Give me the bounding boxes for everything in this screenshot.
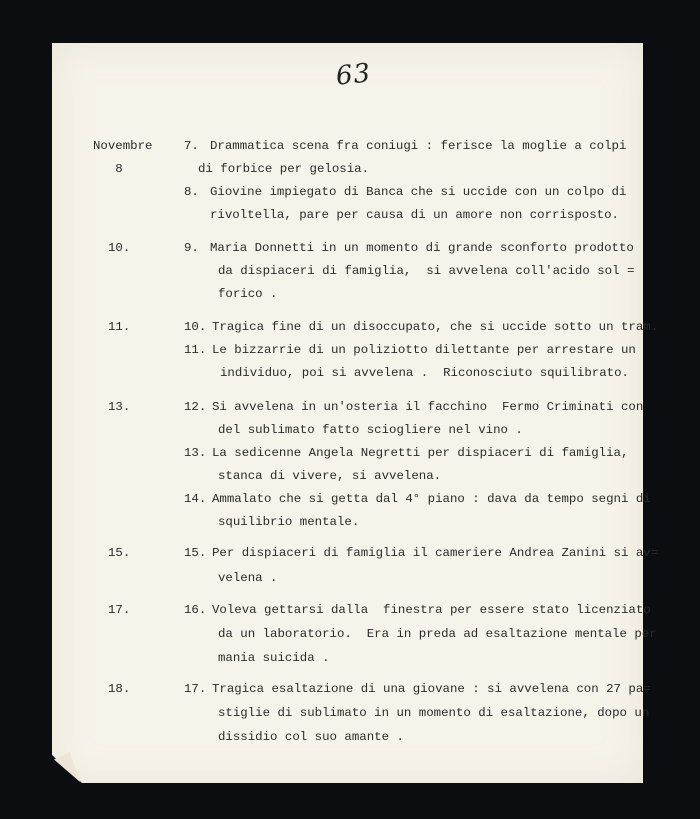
- entry-text: del sublimato fatto sciogliere nel vino …: [218, 423, 523, 437]
- entry-number: 12.: [184, 400, 206, 414]
- entry-text: rivoltella, pare per causa di un amore n…: [210, 208, 619, 222]
- entry-number: 9.: [184, 241, 199, 255]
- entry-number: 17.: [184, 682, 206, 696]
- entry-number: 15.: [184, 546, 206, 560]
- entry-number: 13.: [184, 446, 206, 460]
- date-label: 15.: [108, 546, 130, 560]
- entry-text: Maria Donnetti in un momento di grande s…: [210, 241, 634, 255]
- entry-text: di forbice per gelosia.: [198, 162, 369, 176]
- entry-text: forico .: [218, 287, 278, 301]
- entry-text: La sedicenne Angela Negretti per dispiac…: [212, 446, 628, 460]
- entry-text: Drammatica scena fra coniugi : ferisce l…: [210, 139, 626, 153]
- entry-text: Tragica esaltazione di una giovane : si …: [212, 682, 651, 696]
- entry-number: 14.: [184, 492, 206, 506]
- entry-text: mania suicida .: [218, 651, 330, 665]
- date-label: 18.: [108, 682, 130, 696]
- month-label: Novembre: [93, 139, 153, 153]
- entry-text: da dispiaceri di famiglia, si avvelena c…: [218, 264, 634, 278]
- entry-text: Le bizzarrie di un poliziotto dilettante…: [212, 343, 636, 357]
- handwritten-page-number: 63: [335, 58, 373, 92]
- date-label: 11.: [108, 320, 130, 334]
- entry-text: stanca di vivere, si avvelena.: [218, 469, 441, 483]
- date-label: 17.: [108, 603, 130, 617]
- date-label: 10.: [108, 241, 130, 255]
- entry-number: 7.: [184, 139, 199, 153]
- entry-number: 11.: [184, 343, 206, 357]
- date-label: 8: [89, 162, 149, 176]
- entry-text: Giovine impiegato di Banca che si uccide…: [210, 185, 626, 199]
- entry-number: 8.: [184, 185, 199, 199]
- entry-text: Tragica fine di un disoccupato, che si u…: [212, 320, 658, 334]
- date-label: 13.: [108, 400, 130, 414]
- entry-text: da un laboratorio. Era in preda ad esalt…: [218, 627, 657, 641]
- entry-number: 10.: [184, 320, 206, 334]
- entry-text: Ammalato che si getta dal 4° piano : dav…: [212, 492, 651, 506]
- entry-text: velena .: [218, 571, 278, 585]
- entry-text: stiglie di sublimato in un momento di es…: [218, 706, 649, 720]
- entry-text: Voleva gettarsi dalla finestra per esser…: [212, 603, 651, 617]
- entry-number: 16.: [184, 603, 206, 617]
- entry-text: dissidio col suo amante .: [218, 730, 404, 744]
- entry-text: individuo, poi si avvelena . Riconosciut…: [220, 366, 629, 380]
- entry-text: Si avvelena in un'osteria il facchino Fe…: [212, 400, 643, 414]
- entry-text: squilibrio mentale.: [218, 515, 359, 529]
- entry-text: Per dispiaceri di famiglia il cameriere …: [212, 546, 658, 560]
